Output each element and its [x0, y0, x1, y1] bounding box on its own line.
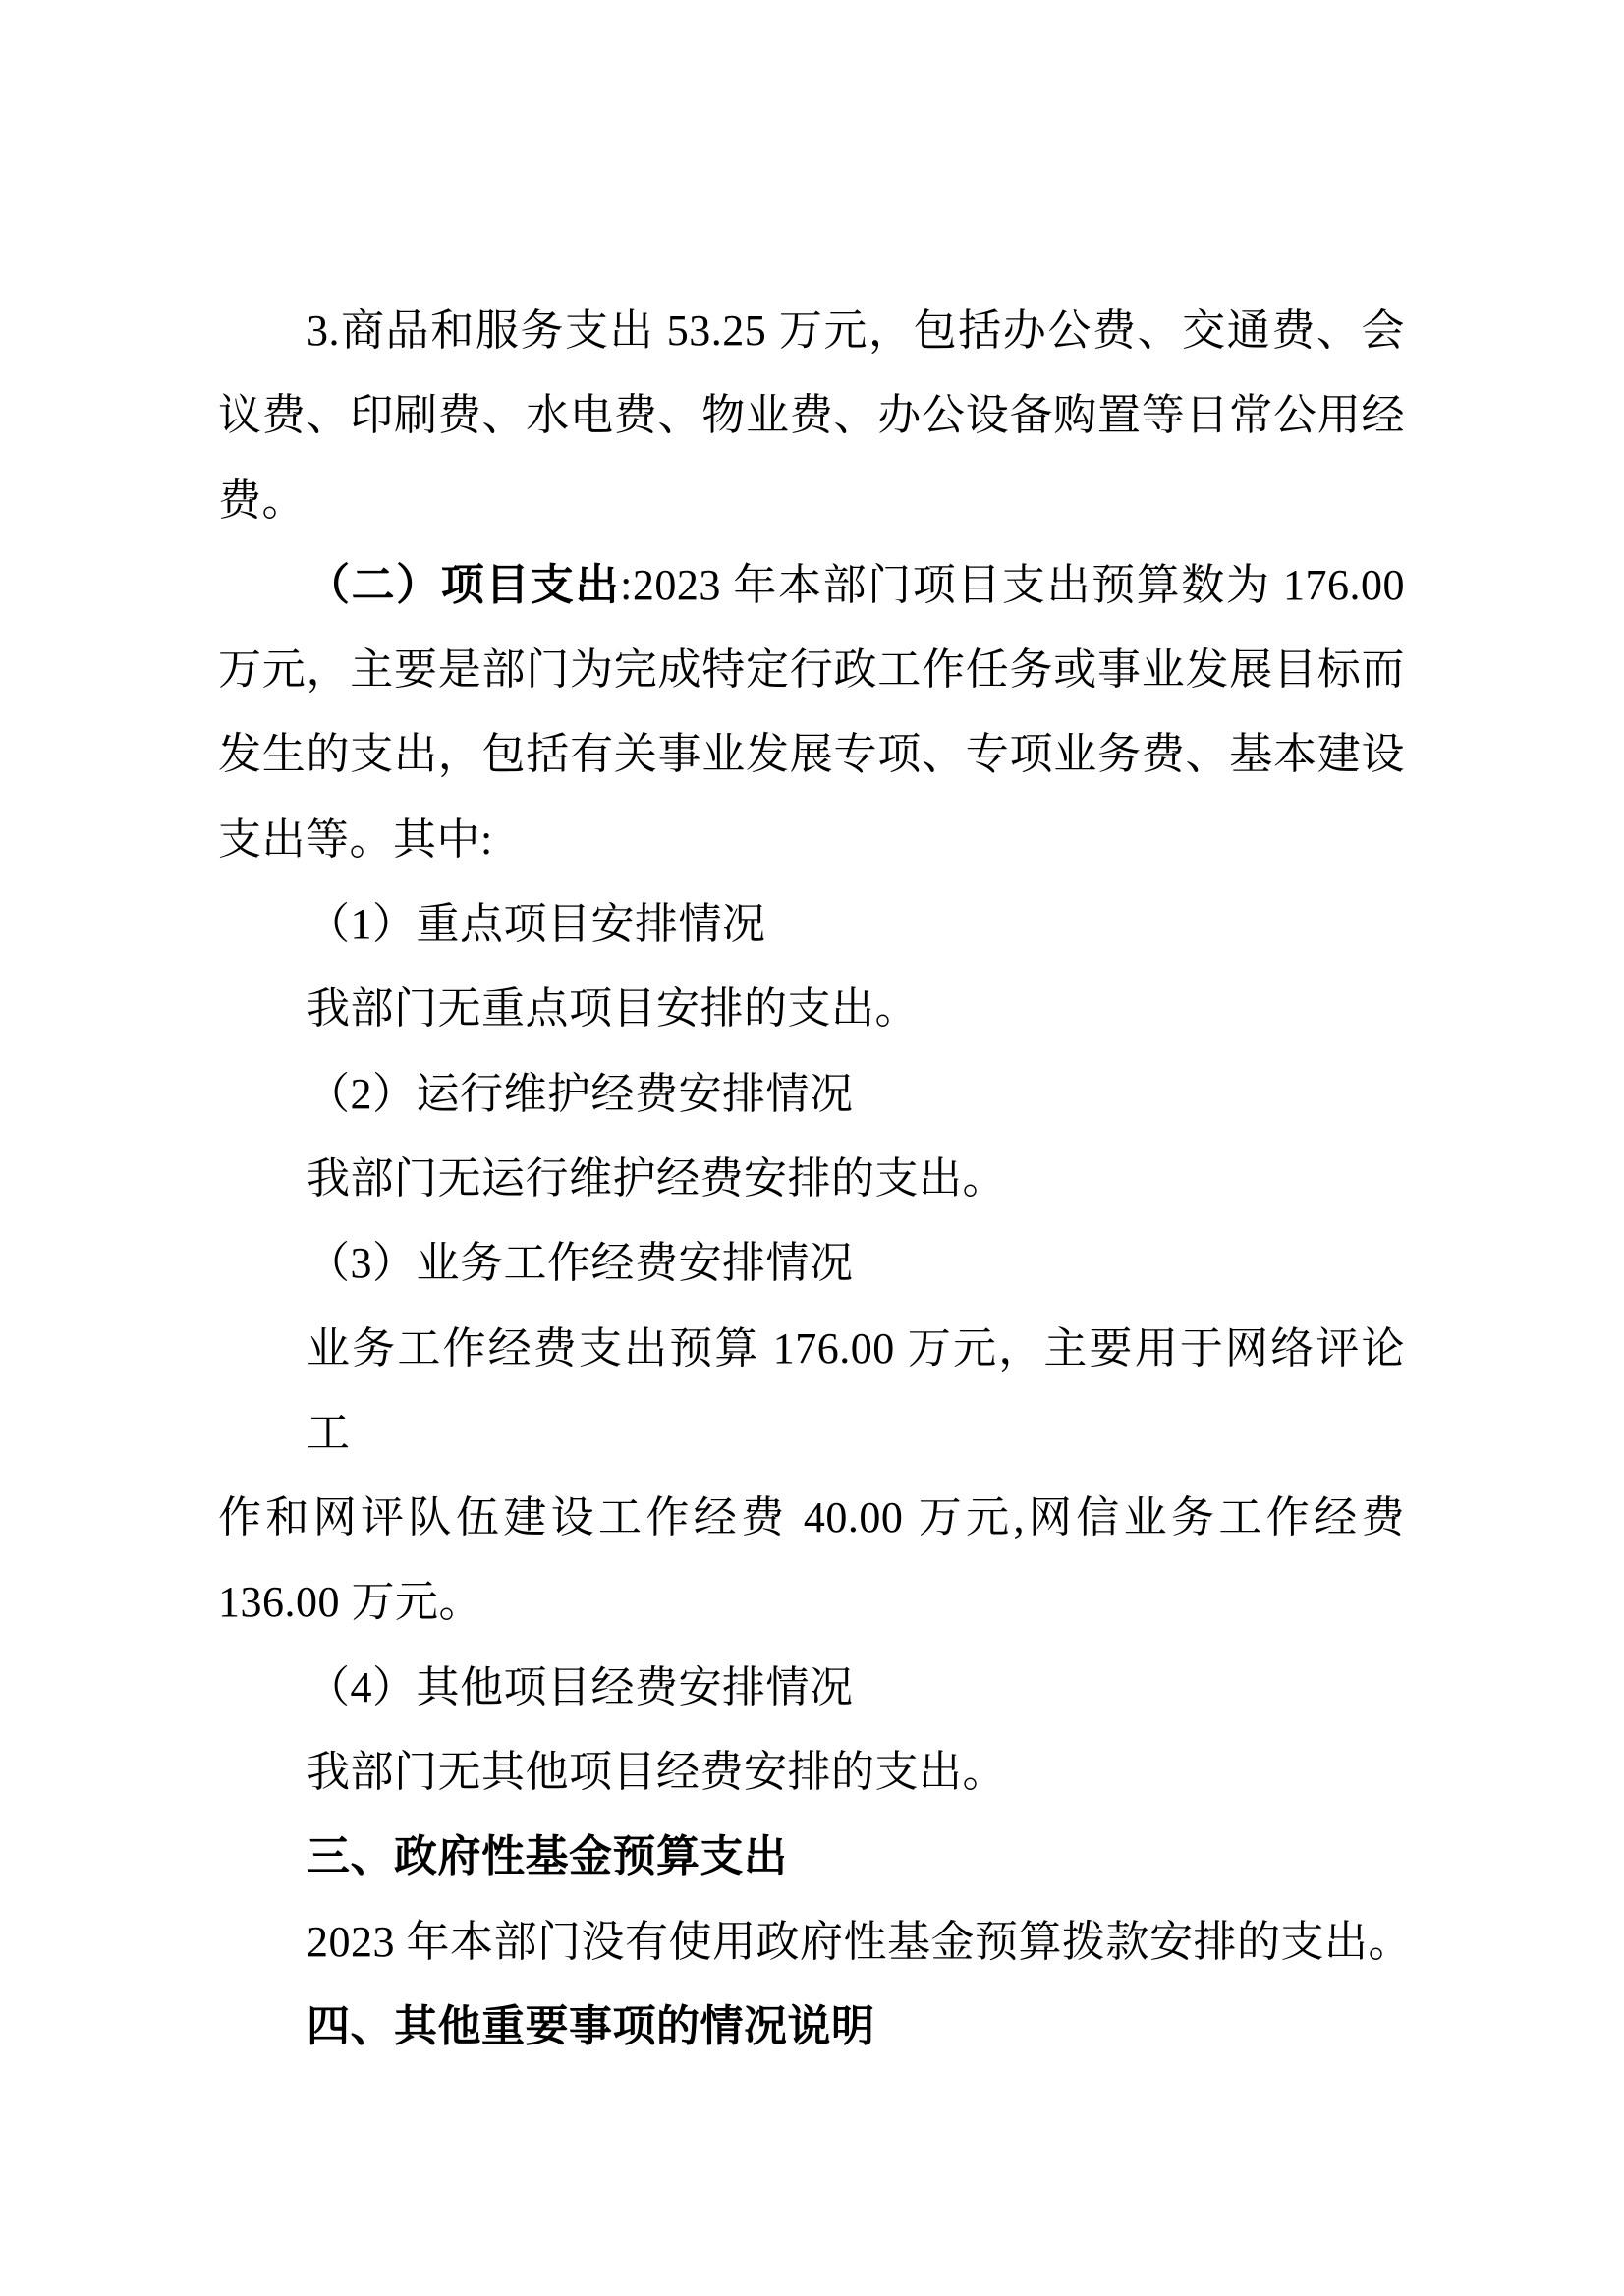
- line-text: 费。: [218, 476, 306, 525]
- list-item-2: （2）运行维护经费安排情况: [218, 1052, 1405, 1137]
- line-text: （1）重点项目安排情况: [307, 900, 766, 948]
- line-text: 3.商品和服务支出 53.25 万元，包括办公费、交通费、会: [307, 307, 1405, 355]
- line-text: 支出等。其中:: [218, 815, 493, 864]
- section-heading-3: 三、政府性基金预算支出: [218, 1815, 1405, 1899]
- line-text: 我部门无运行维护经费安排的支出。: [307, 1154, 1006, 1203]
- paragraph-line: 作和网评队伍建设工作经费 40.00 万元,网信业务工作经费: [218, 1476, 1405, 1560]
- line-text: （2）运行维护经费安排情况: [307, 1070, 854, 1118]
- paragraph-line: （二）项目支出:2023 年本部门项目支出预算数为 176.00: [218, 543, 1405, 628]
- line-text: 业务工作经费支出预算 176.00 万元，主要用于网络评论工: [307, 1324, 1405, 1457]
- line-text: 发生的支出，包括有关事业发展专项、专项业务费、基本建设: [218, 730, 1405, 778]
- paragraph-line: 支出等。其中:: [218, 798, 1405, 882]
- paragraph-line: 我部门无其他项目经费安排的支出。: [218, 1730, 1405, 1815]
- line-text: :2023 年本部门项目支出预算数为 176.00: [620, 561, 1405, 609]
- line-text: 我部门无重点项目安排的支出。: [307, 984, 919, 1033]
- inline-heading: （二）项目支出: [307, 561, 620, 609]
- document-text-block: 3.商品和服务支出 53.25 万元，包括办公费、交通费、会 议费、印刷费、水电…: [218, 289, 1405, 2069]
- line-text: 万元，主要是部门为完成特定行政工作任务或事业发展目标而: [218, 645, 1405, 694]
- list-item-4: （4）其他项目经费安排情况: [218, 1646, 1405, 1730]
- heading-text: 三、政府性基金预算支出: [307, 1832, 788, 1880]
- line-text: （3）业务工作经费安排情况: [307, 1239, 854, 1287]
- paragraph-line: 万元，主要是部门为完成特定行政工作任务或事业发展目标而: [218, 628, 1405, 712]
- section-heading-4: 四、其他重要事项的情况说明: [218, 1985, 1405, 2069]
- paragraph-line: 业务工作经费支出预算 176.00 万元，主要用于网络评论工: [218, 1307, 1405, 1477]
- paragraph-line: 发生的支出，包括有关事业发展专项、专项业务费、基本建设: [218, 712, 1405, 797]
- paragraph-line: 我部门无重点项目安排的支出。: [218, 967, 1405, 1051]
- line-text: 2023 年本部门没有使用政府性基金预算拨款安排的支出。: [307, 1918, 1412, 1966]
- line-text: 我部门无其他项目经费安排的支出。: [307, 1748, 1006, 1796]
- paragraph-line: 我部门无运行维护经费安排的支出。: [218, 1137, 1405, 1221]
- paragraph-line: 2023 年本部门没有使用政府性基金预算拨款安排的支出。: [218, 1900, 1405, 1985]
- line-text: （4）其他项目经费安排情况: [307, 1663, 854, 1711]
- paragraph-line: 136.00 万元。: [218, 1560, 1405, 1645]
- document-page: 3.商品和服务支出 53.25 万元，包括办公费、交通费、会 议费、印刷费、水电…: [0, 0, 1624, 2296]
- paragraph-line: 费。: [218, 459, 1405, 543]
- line-text: 136.00 万元。: [218, 1578, 482, 1626]
- line-text: 作和网评队伍建设工作经费 40.00 万元,网信业务工作经费: [218, 1493, 1405, 1541]
- list-item-1: （1）重点项目安排情况: [218, 882, 1405, 967]
- line-text: 议费、印刷费、水电费、物业费、办公设备购置等日常公用经: [218, 391, 1405, 439]
- list-item-3: （3）业务工作经费安排情况: [218, 1221, 1405, 1306]
- paragraph-line: 议费、印刷费、水电费、物业费、办公设备购置等日常公用经: [218, 373, 1405, 458]
- heading-text: 四、其他重要事项的情况说明: [307, 2002, 875, 2050]
- paragraph-line: 3.商品和服务支出 53.25 万元，包括办公费、交通费、会: [218, 289, 1405, 373]
